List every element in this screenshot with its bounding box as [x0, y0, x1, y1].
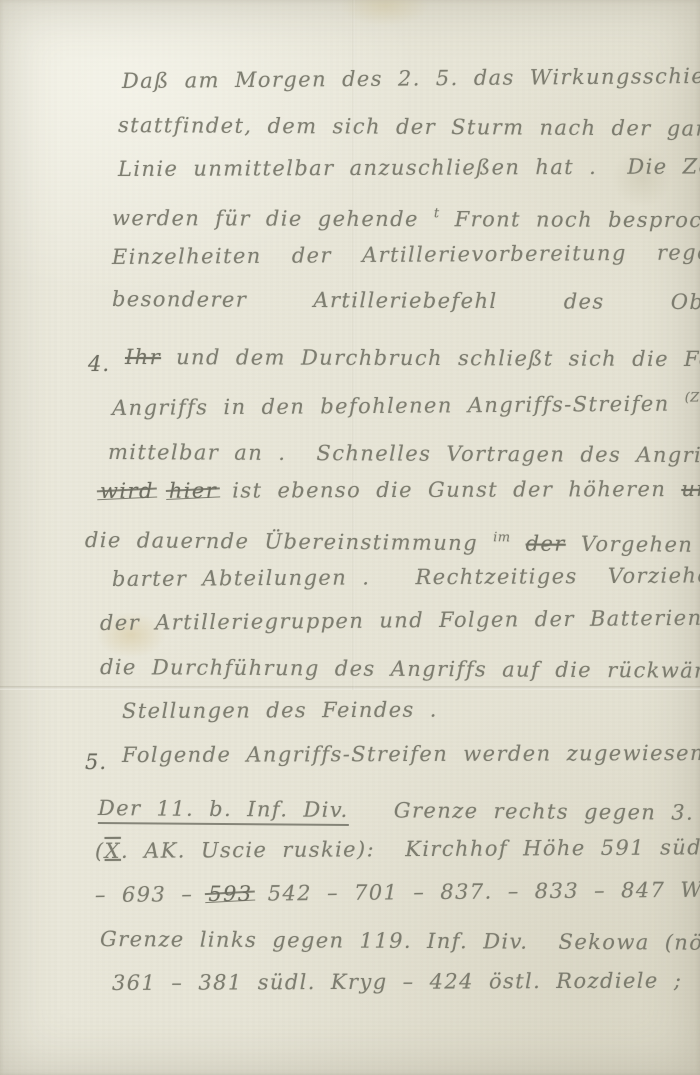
paper-stain — [340, 0, 430, 26]
handwritten-segment: Grenze rechts gegen 3. — [349, 798, 700, 825]
handwritten-segment: – 693 – — [95, 882, 209, 907]
handwritten-segment: mittelbar an . Schnelles Vortragen des A… — [108, 440, 700, 467]
handwritten-line: (X. AK. Uscie ruskie): Kirchhof Höhe 591… — [95, 833, 700, 864]
handwritten-segment: Linie unmittelbar anzuschließen hat . Di… — [118, 154, 700, 181]
handwritten-line: barter Abteilungen . Rechtzeitiges Vorzi… — [112, 562, 700, 592]
item-number: 5. — [85, 750, 107, 774]
handwritten-segment-sup: im — [493, 530, 511, 545]
handwritten-segment: der Artilleriegruppen und Folgen der Bat… — [100, 604, 700, 635]
handwritten-line: werden für die gehende t Front noch besp… — [112, 200, 700, 233]
manuscript-page: Daß am Morgen des 2. 5. das Wirkungsschi… — [0, 0, 700, 1075]
handwritten-segment-strike: und — [681, 477, 700, 501]
handwritten-segment: die Durchführung des Angriffs auf die rü… — [100, 655, 700, 683]
handwritten-segment-u: Der 11. b. Inf. Div. — [98, 796, 349, 826]
handwritten-segment-strike: Ihr — [125, 345, 161, 369]
handwritten-segment-sup: (Ziff. 5) — [685, 390, 700, 405]
handwritten-segment-x: X — [105, 839, 122, 863]
handwritten-line: die Durchführung des Angriffs auf die rü… — [100, 654, 700, 684]
handwritten-segment: stattfindet, dem sich der Sturm nach der… — [118, 113, 700, 141]
horizontal-fold-crease — [0, 686, 700, 690]
handwritten-line: – 693 – 593 542 – 701 – 837. – 833 – 847… — [95, 876, 700, 908]
handwritten-segment: Vorgehen — [566, 532, 700, 557]
handwritten-segment-scrib: wird — [100, 479, 154, 503]
handwritten-line: Ihr und dem Durchbruch schließt sich die… — [125, 344, 700, 373]
handwritten-segment-strike: der — [526, 531, 566, 555]
handwritten-line: Folgende Angriffs-Streifen werden zugewi… — [122, 740, 700, 768]
handwritten-segment: . AK. Uscie ruskie): Kirchhof Höhe 591 s… — [121, 834, 700, 863]
handwritten-segment: barter Abteilungen . Rechtzeitiges Vorzi… — [112, 563, 700, 591]
handwritten-line: mittelbar an . Schnelles Vortragen des A… — [108, 434, 700, 469]
handwritten-segment — [510, 531, 525, 555]
handwritten-line: die dauernde Übereinstimmung im der Vorg… — [85, 522, 700, 559]
handwritten-segment: ist ebenso die Gunst der höheren — [217, 477, 681, 503]
handwritten-segment: ( — [95, 839, 105, 863]
handwritten-segment: die dauernde Übereinstimmung — [85, 528, 493, 555]
handwritten-line: Stellungen des Feindes . — [122, 697, 438, 724]
handwritten-segment: Folgende Angriffs-Streifen werden zugewi… — [122, 741, 700, 767]
item-number: 4. — [88, 352, 110, 376]
handwritten-line: stattfindet, dem sich der Sturm nach der… — [118, 112, 700, 142]
handwritten-segment-scrib: 593 — [208, 882, 253, 906]
handwritten-line: besonderer Artilleriebefehl des Ob.komma… — [112, 286, 700, 316]
handwritten-segment: Grenze links gegen 119. Inf. Div. Sekowa… — [100, 927, 700, 955]
handwritten-segment: Front noch besprochen . — [440, 207, 700, 232]
handwritten-line: Angriffs in den befohlenen Angriffs-Stre… — [112, 385, 700, 421]
handwritten-line: Daß am Morgen des 2. 5. das Wirkungsschi… — [122, 63, 700, 94]
handwritten-segment: besonderer Artilleriebefehl des Ob.komma… — [112, 287, 700, 315]
handwritten-segment: 542 – 701 – 837. – 833 – 847 Watkowa ; — [252, 877, 700, 906]
handwritten-line: Linie unmittelbar anzuschließen hat . Di… — [118, 153, 700, 182]
handwritten-segment: und dem Durchbruch schließt sich die For… — [161, 345, 700, 372]
handwritten-segment: 361 – 381 südl. Kryg – 424 östl. Rozdiel… — [112, 969, 682, 995]
handwritten-line: Der 11. b. Inf. Div. Grenze rechts gegen… — [98, 790, 700, 827]
handwritten-line: Einzelheiten der Artillerievorbereitung … — [112, 239, 700, 270]
handwritten-segment: Einzelheiten der Artillerievorbereitung … — [112, 240, 700, 269]
handwritten-segment: Daß am Morgen des 2. 5. das Wirkungsschi… — [122, 64, 700, 93]
handwritten-segment: werden für die gehende — [112, 206, 434, 231]
handwritten-line: der Artilleriegruppen und Folgen der Bat… — [100, 603, 700, 636]
handwritten-line: Grenze links gegen 119. Inf. Div. Sekowa… — [100, 926, 700, 956]
handwritten-segment: Stellungen des Feindes . — [122, 698, 438, 723]
handwritten-line: wird hier ist ebenso die Gunst der höher… — [100, 476, 700, 504]
handwritten-line: 361 – 381 südl. Kryg – 424 östl. Rozdiel… — [112, 968, 682, 996]
handwritten-segment: Angriffs in den befohlenen Angriffs-Stre… — [112, 392, 685, 420]
handwritten-segment-scrib: hier — [169, 479, 217, 503]
